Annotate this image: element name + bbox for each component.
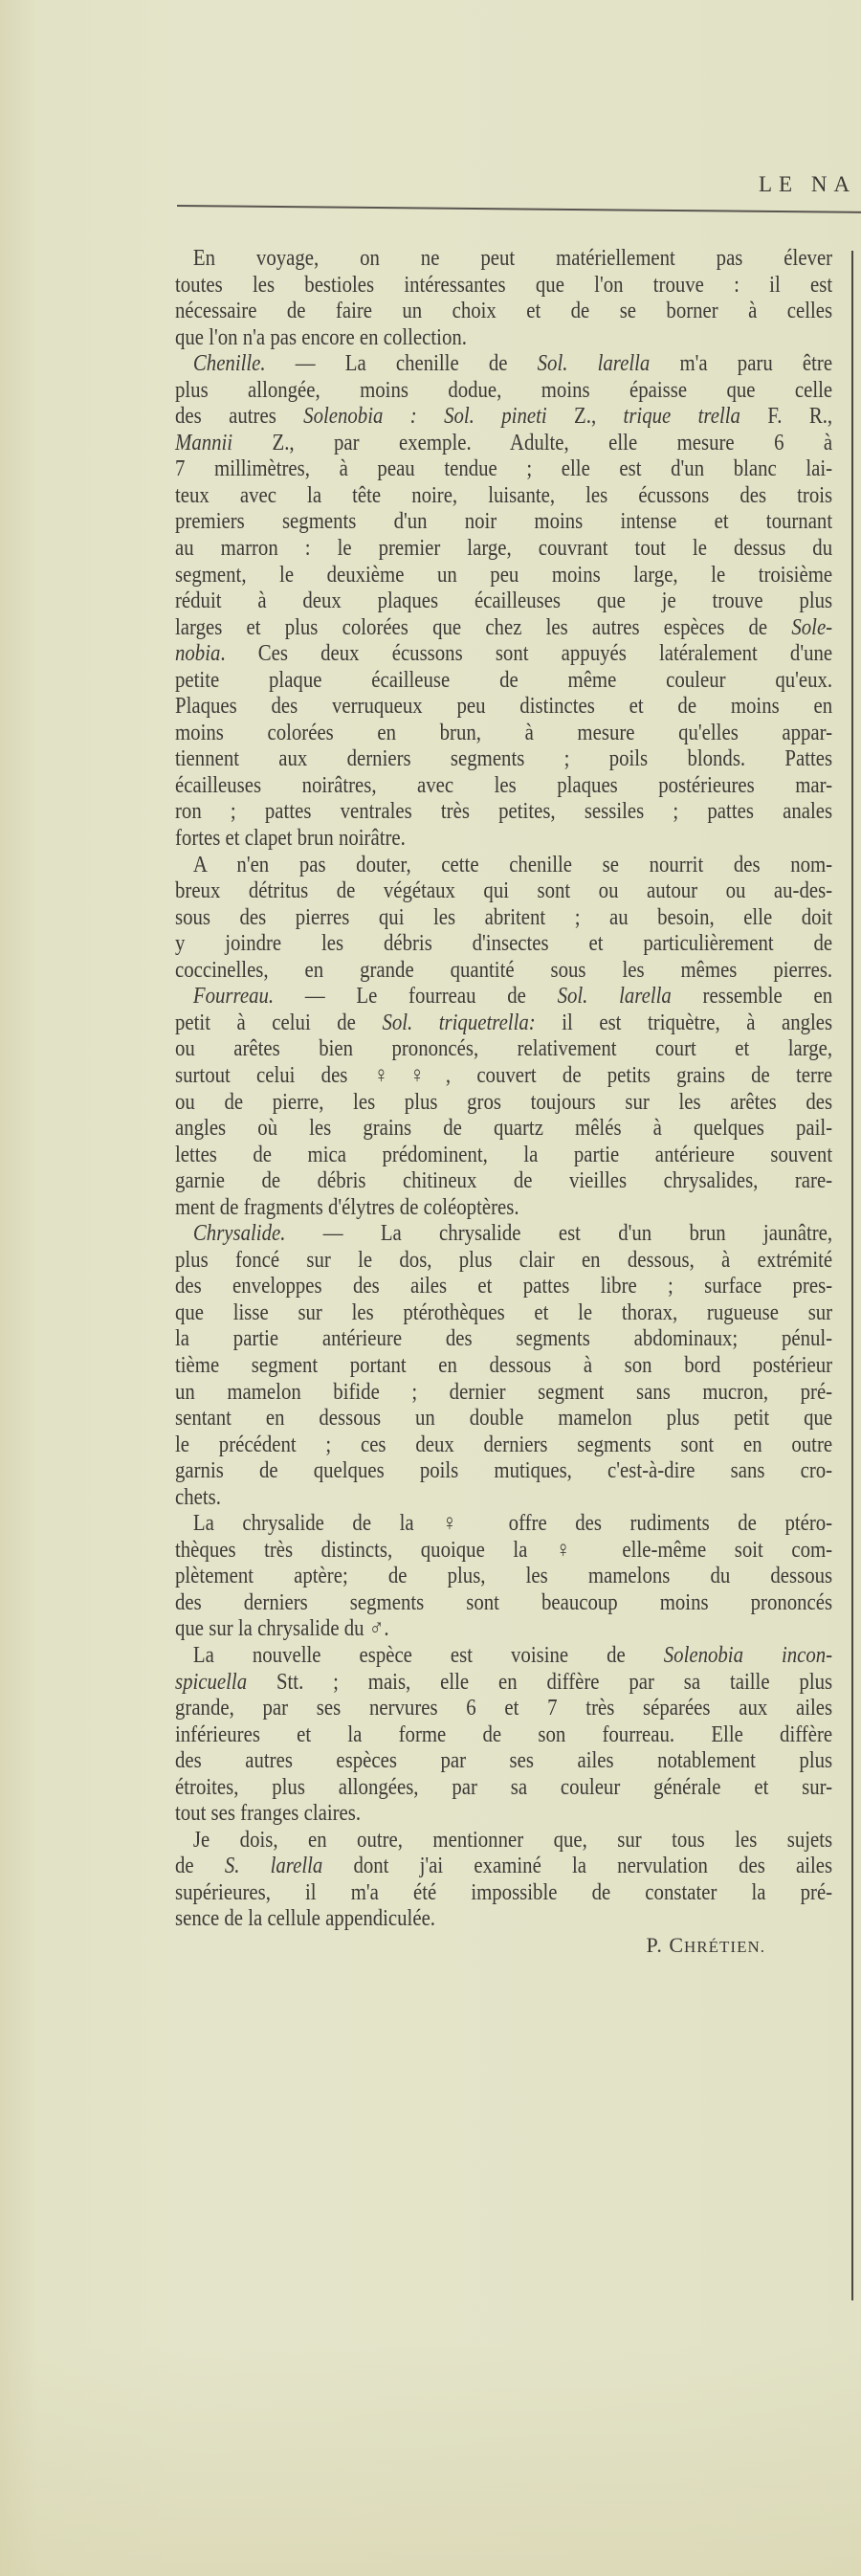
text-line: La chrysalide de la ♀ offre des rudiment… — [175, 1510, 832, 1537]
text-line: des enveloppes des ailes et pattes libre… — [175, 1273, 832, 1299]
text-line: le précédent ; ces deux derniers segment… — [175, 1432, 832, 1458]
text-line: ou de pierre, les plus gros toujours sur… — [175, 1089, 832, 1116]
text-line: réduit à deux plaques écailleuses que je… — [175, 588, 832, 614]
text-line: plètement aptère; de plus, les mamelons … — [175, 1563, 832, 1589]
text-run: . Ces deux écussons sont appuyés latéral… — [220, 640, 832, 666]
header-rule — [177, 205, 861, 213]
text-run: de — [175, 1853, 225, 1878]
italic-term: Fourreau. — [193, 983, 274, 1009]
italic-term: Sol. larella — [538, 350, 651, 376]
text-line: plus allongée, moins dodue, moins épaiss… — [175, 377, 832, 404]
text-line: de S. larella dont j'ai examiné la nervu… — [175, 1853, 832, 1879]
italic-term: Sole- — [791, 614, 832, 640]
text-line: breux détritus de végétaux qui sont ou a… — [175, 877, 832, 904]
italic-term: S. larella — [225, 1853, 322, 1878]
text-run: ressemble en — [672, 983, 832, 1009]
text-run: Stt. ; mais, elle en diffère par sa tail… — [247, 1669, 832, 1695]
paper-discoloration — [0, 2344, 861, 2576]
text-run: Z., par exemple. Adulte, elle mesure 6 à — [232, 430, 832, 455]
text-line: larges et plus colorées que chez les aut… — [175, 614, 832, 641]
text-line: Chenille. — La chenille de Sol. larella … — [175, 350, 832, 377]
text-line: lettes de mica prédominent, la partie an… — [175, 1142, 832, 1168]
text-line: la partie antérieure des segments abdomi… — [175, 1325, 832, 1352]
column-rule — [851, 251, 853, 2300]
text-line: sous des pierres qui les abritent ; au b… — [175, 904, 832, 931]
text-run: dont j'ai examiné la nervulation des ail… — [322, 1853, 832, 1878]
text-run: Z., — [547, 403, 624, 429]
text-line: ron ; pattes ventrales très petites, ses… — [175, 798, 832, 825]
text-line: toutes les bestioles intéressantes que l… — [175, 272, 832, 299]
text-line: teux avec la tête noire, luisante, les é… — [175, 482, 832, 509]
text-line: nécessaire de faire un choix et de se bo… — [175, 298, 832, 324]
text-run: F. R., — [740, 403, 832, 429]
signature-rest: HRÉTIEN. — [684, 1938, 765, 1956]
running-head: LE NA — [759, 172, 856, 197]
text-line: tout ses franges claires. — [175, 1800, 832, 1827]
author-signature: P. CHRÉTIEN. — [175, 1932, 832, 1959]
text-line: ment de fragments d'élytres de coléoptèr… — [175, 1194, 832, 1221]
text-line: garnis de quelques poils mutiques, c'est… — [175, 1457, 832, 1484]
text-line: un mamelon bifide ; dernier segment sans… — [175, 1379, 832, 1406]
text-line: au marron : le premier large, couvrant t… — [175, 535, 832, 562]
text-line: des autres espèces par ses ailes notable… — [175, 1747, 832, 1774]
text-line: inférieures et la forme de son fourreau.… — [175, 1721, 832, 1748]
article-body: En voyage, on ne peut matériellement pas… — [175, 245, 832, 1959]
text-line: surtout celui des ♀♀, couvert de petits … — [175, 1062, 832, 1089]
text-line: premiers segments d'un noir moins intens… — [175, 508, 832, 535]
text-line: y joindre les débris d'insectes et parti… — [175, 930, 832, 957]
italic-term: Mannii — [175, 430, 232, 455]
text-line: fortes et clapet brun noirâtre. — [175, 825, 832, 852]
text-line: écailleuses noirâtres, avec les plaques … — [175, 772, 832, 799]
text-run: La nouvelle espèce est voisine de — [193, 1642, 664, 1668]
text-line: que l'on n'a pas encore en collection. — [175, 324, 832, 351]
text-line: sentant en dessous un double mamelon plu… — [175, 1405, 832, 1432]
text-line: grande, par ses nervures 6 et 7 très sép… — [175, 1695, 832, 1721]
text-run: — La chenille de — [266, 350, 538, 376]
italic-term: Solenobia incon- — [664, 1642, 832, 1668]
text-line: moins colorées en brun, à mesure qu'elle… — [175, 720, 832, 746]
italic-term: Sol. larella — [558, 983, 672, 1009]
text-run: m'a paru être — [650, 350, 832, 376]
text-line: que sur la chrysalide du ♂. — [175, 1615, 832, 1642]
text-line: spicuella Stt. ; mais, elle en diffère p… — [175, 1669, 832, 1696]
text-run: des autres — [175, 403, 303, 429]
text-line: 7 millimètres, à peau tendue ; elle est … — [175, 455, 832, 482]
text-line: chets. — [175, 1484, 832, 1511]
italic-term: Solenobia : Sol. pineti — [303, 403, 546, 429]
text-line: garnie de débris chitineux de vieilles c… — [175, 1167, 832, 1194]
text-run: larges et plus colorées que chez les aut… — [175, 614, 791, 640]
text-line: Plaques des verruqueux peu distinctes et… — [175, 693, 832, 720]
text-line: angles où les grains de quartz mêlés à q… — [175, 1115, 832, 1142]
text-run: — La chrysalide est d'un brun jaunâtre, — [285, 1220, 832, 1246]
italic-term: Chrysalide. — [193, 1220, 285, 1246]
text-run: il est triquètre, à angles — [536, 1010, 832, 1035]
text-line: La nouvelle espèce est voisine de Soleno… — [175, 1642, 832, 1669]
text-line: tième segment portant en dessous à son b… — [175, 1352, 832, 1379]
text-run: — Le fourreau de — [274, 983, 558, 1009]
italic-term: Chenille. — [193, 350, 266, 376]
text-line: que lisse sur les ptérothèques et le tho… — [175, 1299, 832, 1326]
text-line: Fourreau. — Le fourreau de Sol. larella … — [175, 983, 832, 1010]
text-line: thèques très distincts, quoique la ♀ ell… — [175, 1537, 832, 1564]
text-line: En voyage, on ne peut matériellement pas… — [175, 245, 832, 272]
signature-initial: P. C — [647, 1933, 684, 1957]
italic-term: nobia — [175, 640, 220, 666]
text-run: petit à celui de — [175, 1010, 382, 1035]
text-line: coccinelles, en grande quantité sous les… — [175, 957, 832, 984]
text-line: sence de la cellule appendiculée. — [175, 1905, 832, 1932]
text-line: ou arêtes bien prononcés, relativement c… — [175, 1035, 832, 1062]
text-line: plus foncé sur le dos, plus clair en des… — [175, 1247, 832, 1274]
text-line: petite plaque écailleuse de même couleur… — [175, 667, 832, 694]
text-line: Mannii Z., par exemple. Adulte, elle mes… — [175, 430, 832, 456]
text-line: Chrysalide. — La chrysalide est d'un bru… — [175, 1220, 832, 1247]
text-line: segment, le deuxième un peu moins large,… — [175, 562, 832, 588]
italic-term: trique trella — [624, 403, 740, 429]
text-line: A n'en pas douter, cette chenille se nou… — [175, 852, 832, 878]
text-line: Je dois, en outre, mentionner que, sur t… — [175, 1827, 832, 1854]
text-line: des derniers segments sont beaucoup moin… — [175, 1589, 832, 1616]
text-line: tiennent aux derniers segments ; poils b… — [175, 745, 832, 772]
italic-term: Sol. triquetrella: — [382, 1010, 535, 1035]
text-line: petit à celui de Sol. triquetrella: il e… — [175, 1010, 832, 1036]
text-line: supérieures, il m'a été impossible de co… — [175, 1879, 832, 1906]
text-line: étroites, plus allongées, par sa couleur… — [175, 1774, 832, 1801]
text-line: nobia. Ces deux écussons sont appuyés la… — [175, 640, 832, 667]
italic-term: spicuella — [175, 1669, 247, 1695]
text-line: des autres Solenobia : Sol. pineti Z., t… — [175, 403, 832, 430]
